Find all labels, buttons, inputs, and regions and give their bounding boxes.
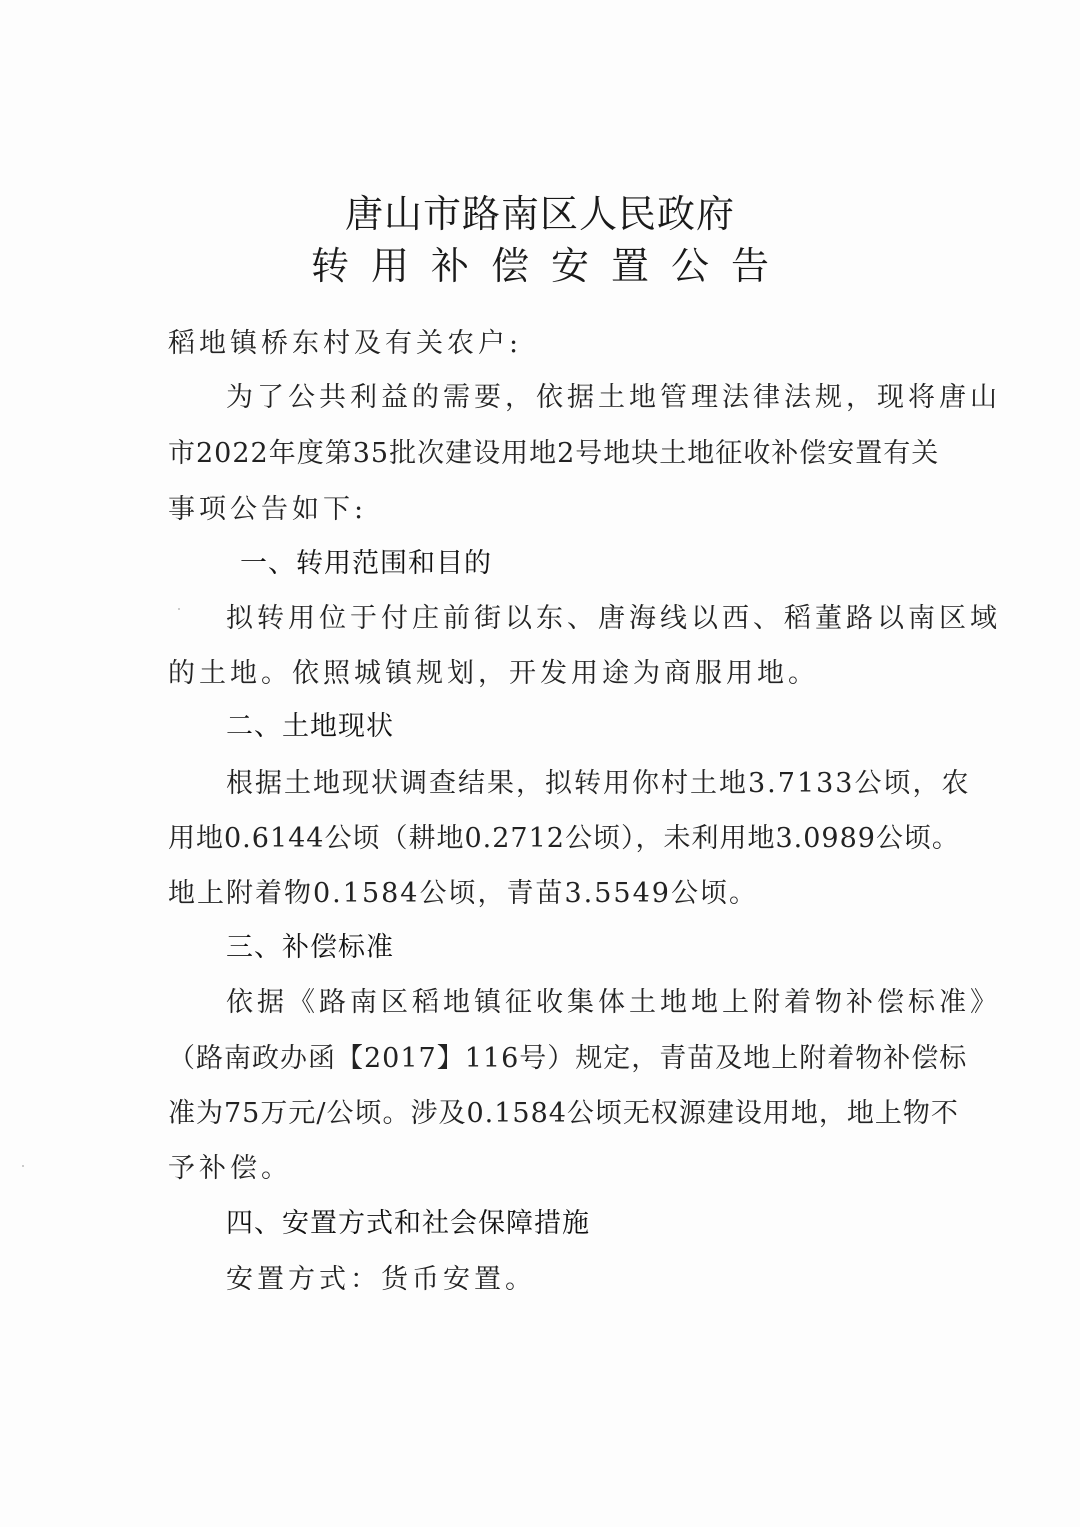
section-heading-2: 二、土地现状 — [226, 713, 394, 740]
document-subtitle: 转用补偿安置公告 — [0, 247, 1080, 285]
section-2-line: 用地0.6144公顷（耕地0.2712公顷），未利用地3.0989公顷。 — [168, 825, 960, 852]
scan-speck — [178, 608, 180, 610]
section-heading-4: 四、安置方式和社会保障措施 — [226, 1210, 590, 1237]
section-2-line: 地上附着物0.1584公顷，青苗3.5549公顷。 — [168, 880, 758, 907]
section-3-line: 依据《路南区稻地镇征收集体土地地上附着物补偿标准》 — [226, 989, 1001, 1016]
section-3-line: 予补偿。 — [168, 1155, 292, 1182]
intro-line: 事项公告如下: — [168, 496, 367, 523]
section-3-line: （路南政办函【2017】116号）规定，青苗及地上附着物补偿标 — [168, 1045, 967, 1072]
document-page: 唐山市路南区人民政府 转用补偿安置公告 稻地镇桥东村及有关农户: 为了公共利益的… — [0, 0, 1080, 1527]
addressee: 稻地镇桥东村及有关农户: — [168, 330, 522, 357]
section-4-line: 安置方式：货币安置。 — [226, 1266, 536, 1293]
intro-line: 市2022年度第35批次建设用地2号地块土地征收补偿安置有关 — [168, 440, 939, 467]
section-1-line: 拟转用位于付庄前街以东、唐海线以西、稻董路以南区域 — [226, 605, 1001, 632]
section-3-line: 准为75万元/公顷。涉及0.1584公顷无权源建设用地，地上物不 — [168, 1100, 959, 1127]
scan-speck — [22, 1165, 24, 1167]
section-1-line: 的土地。依照城镇规划，开发用途为商服用地。 — [168, 660, 819, 687]
section-heading-3: 三、补偿标准 — [226, 934, 394, 961]
intro-line: 为了公共利益的需要，依据土地管理法律法规，现将唐山 — [226, 384, 1001, 411]
section-2-line: 根据土地现状调查结果，拟转用你村土地3.7133公顷，农 — [226, 770, 970, 797]
document-title: 唐山市路南区人民政府 — [0, 195, 1080, 233]
section-heading-1: 一、转用范围和目的 — [240, 550, 492, 577]
